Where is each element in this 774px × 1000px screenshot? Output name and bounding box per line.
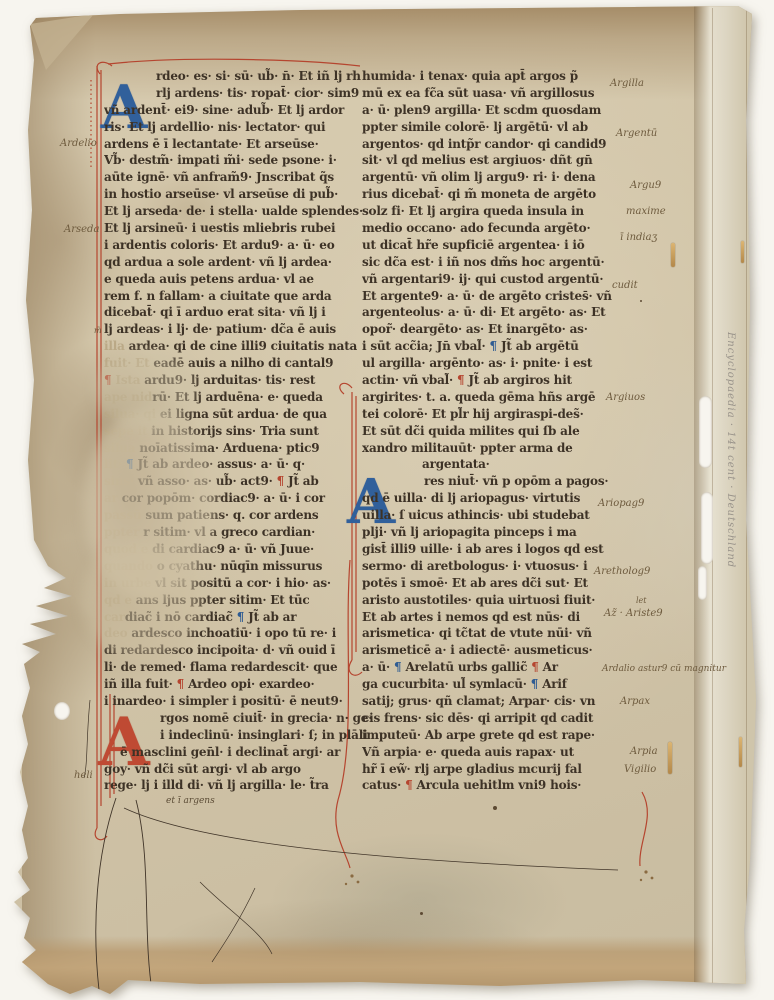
text-line: ē masclini gen̄l· i declinat̄ argi· ar (104, 744, 376, 761)
text-line: ul argilla· argēnto· as· i· pnite· i est (362, 355, 644, 372)
sewing-slit (668, 742, 672, 774)
text-line: Vb̃· destm̃· impati m̃i· sede psone· i· (104, 152, 376, 169)
text-segment: passū (104, 508, 145, 522)
text-segment: gist̄ illi9 uille· i ab ares i logos qd … (362, 542, 603, 556)
text-segment: Jt̃ ab ar (248, 610, 296, 624)
ink-speck (640, 300, 642, 302)
text-segment: argentata· (422, 457, 490, 471)
text-line: argentū· vñ olim lj argu9· ri· i· dena (362, 169, 644, 186)
text-segment: ardens ē ī lectantate· Et arseūse· (104, 137, 319, 151)
text-segment: Vñ arpia· e· queda auis rapax· ut (362, 745, 574, 759)
text-segment: satij; grus· qñ clamat; Arpar· cis· vn (362, 694, 595, 708)
text-line: rlj ardens· tis· ropat̄· cior· sim9 (104, 85, 376, 102)
text-segment: argirites· t. a. queda gēma hñs argē (362, 390, 595, 404)
text-segment: ar (104, 491, 122, 505)
text-segment: Et lj arseda· de· i stella· ualde splend… (104, 204, 363, 218)
text-segment: Et argente9· a· ū· de argēto cristes̄· v… (362, 289, 612, 303)
text-segment: tei colorē· Et pl̃r hij argiraspi-des̃· (362, 407, 584, 421)
text-segment: e queda auis petens ardua· vl ae (104, 272, 314, 286)
text-segment: arismetica· qi tc̃tat de vtute nūi· vñ (362, 626, 592, 640)
text-line: i sūt acc̃ia; Jn̄ vbal̃· ¶ Jt̃ ab argētū (362, 338, 644, 355)
text-segment: silua (104, 441, 139, 455)
text-segment: catus· (362, 778, 405, 792)
text-segment: a· ū· plen9 argilla· Et scdm quosdam (362, 103, 601, 117)
text-segment: ardea· qi de cine illi9 ciuitatis nata (129, 339, 357, 353)
text-segment: in urbe (104, 576, 155, 590)
text-segment: medio occano· ado fecunda argēto· (362, 221, 590, 235)
text-segment: Jt̃ ab argiros hit (468, 373, 571, 387)
text-segment: Ar (543, 660, 558, 674)
text-column-left: rdeo· es· si· sū· ub̃· n̄· Et iñ lj rhrl… (104, 68, 376, 794)
text-line: xandro militauūt· ppter arma de (362, 440, 644, 457)
text-segment: silua· qi (104, 407, 160, 421)
text-line: ape nidrū· Et lj arduēna· e· queda (104, 389, 376, 406)
text-line: uilla· ſ uicus athincis· ubi studebat (362, 507, 644, 524)
text-segment: sins· (104, 474, 138, 488)
text-segment: Et sūt dc̃i quida milites qui ſb ale (362, 424, 580, 438)
sewing-slit (739, 737, 742, 767)
text-line: in hostio arseūse· vl arseūse di pub̃· (104, 186, 376, 203)
text-segment: fuit· Et (104, 356, 153, 370)
text-line: actin· vñ vbal̃· ¶ Jt̃ ab argiros hit (362, 372, 644, 389)
text-segment: qd e (104, 593, 136, 607)
text-segment: deo (104, 626, 131, 640)
text-segment: ¶ (457, 373, 468, 387)
ink-speck (493, 806, 497, 810)
text-segment: Jt̃ ab argētū (501, 339, 579, 353)
text-line: illa ardea· qi de cine illi9 ciuitatis n… (104, 338, 376, 355)
text-segment: i inardeo· i simpler i positū· ē neut9· (104, 694, 343, 708)
text-segment: ¶ (490, 339, 501, 353)
text-line: potēs ī smoē· Et ab ares dc̃i sut· Et (362, 575, 644, 592)
text-line: argentos· qd intp̃r candor· qi candid9 (362, 136, 644, 153)
text-line: silua· qi ei ligna sūt ardua· de qua (104, 406, 376, 423)
text-segment: o cyathu· nūqīn missurus (157, 559, 322, 573)
text-segment: actin· vñ vbal̃· (362, 373, 457, 387)
text-line: di redardesco incipoita· d· vñ ouid ī (104, 642, 376, 659)
text-line: li· de remed· flama redardescit· que (104, 659, 376, 676)
text-segment: uilla· ſ uicus athincis· ubi studebat (362, 508, 590, 522)
text-segment: i sūt acc̃ia; Jn̄ vbal̃· (362, 339, 490, 353)
parchment-hole (699, 396, 712, 468)
text-line: argenteolus· a· ū· di· Et argēto· as· Et (362, 304, 644, 321)
text-line: deo ardesco inchoatiū· i opo tū re· i (104, 625, 376, 642)
text-line: vñ ardent̄· ei9· sine· adub̃· Et lj ardo… (104, 102, 376, 119)
margin-note-right: Arpia (630, 746, 658, 757)
text-column-right: humida· i tenax· quia apt̄ argos p̃mū ex… (362, 68, 644, 794)
text-line: Et lj arseda· de· i stella· ualde splend… (104, 203, 376, 220)
text-segment: argentos· qd intp̃r candor· qi candid9 (362, 137, 606, 151)
text-line: ris· Et lj ardellio· nis· lectator· qui (104, 119, 376, 136)
text-segment: ¶ (531, 660, 542, 674)
text-segment: ul argilla· argēnto· as· i· pnite· i est (362, 356, 592, 370)
text-segment: ut dicat̄ hr̃e supficiē argentea· i iō (362, 238, 585, 252)
text-line: dicebat̄· qi ī arduo erat sita· vñ lj i (104, 304, 376, 321)
parchment-shadow-wrap: A A A rdeo· es· si· sū· ub̃· n̄· Et iñ l… (0, 0, 774, 1000)
text-line: satij; grus· qñ clamat; Arpar· cis· vn (362, 693, 644, 710)
text-line: fuit· Et eadē auis a nilho di cantal9 (104, 355, 376, 372)
parchment-hole (54, 702, 70, 720)
margin-note-left: m̃ (94, 326, 102, 335)
text-line: solz fi· Et lj argira queda insula in (362, 203, 644, 220)
text-segment: quod e (104, 542, 152, 556)
text-segment: rgos nomē ciuit̄· in grecia· n· ge· (160, 711, 372, 725)
text-segment: ga cucurbita· ul̃ symlacū· (362, 677, 531, 691)
text-segment: eadē auis a nilho di cantal9 (153, 356, 333, 370)
text-segment: ppter simile colorē· lj argētū· vl ab (362, 120, 588, 134)
text-segment: dicebat̄· qi ī arduo erat sita· vñ lj i (104, 305, 326, 319)
text-line: catus· ¶ Arcula uehitlm vni9 hois· (362, 777, 644, 794)
text-line: lit· ¶ Jt̃ ab ardeo· assus· a· ū· q· (104, 456, 376, 473)
text-line: hr̃ ī ew̃· rlj arpe gladius mcurij fal (362, 761, 644, 778)
text-segment: ¶ (177, 677, 188, 691)
text-segment: ardu9· lj arduitas· tis· rest (144, 373, 315, 387)
text-line: ut dicat̄ hr̃e supficiē argentea· i iō (362, 237, 644, 254)
text-line: imputeū· Ab arpe grete qd est rape· (362, 727, 644, 744)
margin-note-left: Ardelio (60, 138, 97, 149)
text-segment: vl sit positū a cor· i hio· as· (155, 576, 331, 590)
text-segment: aristo austotiles· quia uirtuosi fiuit· (362, 593, 595, 607)
text-segment: ¶ (277, 474, 288, 488)
text-line: aristo austotiles· quia uirtuosi fiuit· (362, 592, 644, 609)
text-line: argentata· (362, 456, 644, 473)
margin-note-right: Argilla (610, 78, 644, 89)
text-segment: lj ardeas· i lj· de· patium· dc̃a ē auis (104, 322, 336, 336)
text-line: argirites· t. a. queda gēma hñs argē (362, 389, 644, 406)
text-segment: r sitim· vl a greco cardian· (143, 525, 315, 539)
text-segment: ¶ (237, 610, 248, 624)
sewing-slit (741, 241, 744, 263)
text-line: rege· lj i illd di· vñ lj argilla· le· t… (104, 777, 376, 794)
text-segment: sum patiens· q. cor ardens (145, 508, 318, 522)
text-line: rgos nomē ciuit̄· in grecia· n· ge· (104, 710, 376, 727)
text-segment: arismeticē a· i adiectē· ausmeticus· (362, 643, 593, 657)
text-segment: sepe it (104, 424, 151, 438)
margin-note-right: Ariopag9 (598, 498, 644, 509)
text-line: rius dicebat̄· qi m̃ moneta de argēto (362, 186, 644, 203)
sewing-slit (671, 243, 675, 267)
text-segment: rege· lj i illd di· vñ lj argilla· le· t… (104, 778, 329, 792)
text-segment: li· de remed· flama redardescit· que (104, 660, 337, 674)
text-segment: in hostio arseūse· vl arseūse di pub̃· (104, 187, 338, 201)
text-segment: rlj ardens· tis· ropat̄· cior· sim9 (156, 86, 359, 100)
text-segment: ¶ (405, 778, 416, 792)
text-line: ar cor popōm· cordiac9· a· ū· i cor (104, 490, 376, 507)
darkened-bottom-edge (18, 936, 760, 994)
text-line: ppter simile colorē· lj argētū· vl ab (362, 119, 644, 136)
text-line: lj ardeas· i lj· de· patium· dc̃a ē auis (104, 321, 376, 338)
text-line: i inardeo· i simpler i positū· ē neut9· (104, 693, 376, 710)
text-line: qd e ans ljus ppter sitim· Et tūc (104, 592, 376, 609)
text-line: res niut̄· vñ p opōm a pagos· (362, 473, 644, 490)
text-segment: a· ū· (362, 660, 394, 674)
text-segment: qd ē uilla· di lj ariopagus· virtutis (362, 491, 580, 505)
text-segment: xandro militauūt· ppter arma de (362, 441, 573, 455)
text-segment: cor popōm· cordiac9· a· ū· i cor (122, 491, 325, 505)
interlinear-note: et ī argens (166, 796, 215, 806)
text-line: plji· vñ lj ariopagita pinceps i ma (362, 524, 644, 541)
photograph-of-manuscript-leaf: A A A rdeo· es· si· sū· ub̃· n̄· Et iñ l… (0, 0, 774, 1000)
text-segment: Arcula uehitlm vni9 hois· (416, 778, 581, 792)
text-segment: ¶ (394, 660, 405, 674)
text-segment: ardesco inchoatiū· i opo tū re· i (131, 626, 336, 640)
margin-note-left: heli (74, 770, 93, 781)
text-segment: plji· vñ lj ariopagita pinceps i ma (362, 525, 577, 539)
text-segment: sic dc̃a est· i iñ nos dm̃s hoc argentū· (362, 255, 605, 269)
text-segment: qd ardua a sole ardent· vñ lj ardea· (104, 255, 332, 269)
text-segment: Et lj arsineū· i uestis mliebris rubei (104, 221, 335, 235)
text-segment: quando (104, 559, 157, 573)
pencil-inscription-vertical: Encyclopaedia · 14t cent · Deutschland (725, 332, 736, 662)
parchment-hole (701, 492, 713, 564)
text-segment: Arif (542, 677, 567, 691)
text-segment: rū· Et lj arduēna· e· queda (152, 390, 323, 404)
darkened-left-edge (22, 8, 96, 990)
margin-note-right: Argiuos (606, 392, 645, 403)
text-segment: Jt̃ ab (288, 474, 319, 488)
text-line: mū ex ea fc̃a sūt uasa· vñ argillosus (362, 85, 644, 102)
text-segment: di redardesco incipoita· d· vñ ouid ī (104, 643, 335, 657)
margin-note-right: Arpax (620, 696, 650, 707)
text-segment: Ista (115, 373, 144, 387)
text-line: in urbe vl sit positū a cor· i hio· as· (104, 575, 376, 592)
margin-note-right: Argu9 (630, 180, 661, 191)
text-segment: aūte ignē· vñ anfram̃9· Jnscribat q̃s (104, 170, 334, 184)
text-line: gist̄ illi9 uille· i ab ares i logos qd … (362, 541, 644, 558)
text-segment: opor̃· deargēto· as· Et inargēto· as· (362, 322, 588, 336)
text-segment: Et ab artes i nemos qd est nūs· di (362, 610, 580, 624)
text-segment: illa (104, 339, 129, 353)
text-line: sepe it in historijs sins· Tria sunt (104, 423, 376, 440)
margin-note-right: let (636, 596, 647, 605)
text-line: medio occano· ado fecunda argēto· (362, 220, 644, 237)
ink-speck (420, 912, 423, 915)
text-segment: vñ asso· as· ub̃· act9· (138, 474, 277, 488)
text-line: rem f. n fallam· a ciuitate que arda (104, 288, 376, 305)
text-line: iñ illa fuit· ¶ Ardeo opi· exardeo· (104, 676, 376, 693)
margin-note-right: Az̃ · Ariste9 (604, 608, 663, 619)
text-line: i ardentis coloris· Et ardu9· a· ū· eo (104, 237, 376, 254)
text-segment: lit· (104, 457, 126, 471)
text-segment: cis frens· sic dēs· qi arripit qd cadit (362, 711, 593, 725)
text-segment: Ardeo opi· exardeo· (188, 677, 314, 691)
parchment-hole (698, 566, 707, 600)
text-segment: ¶ (126, 457, 137, 471)
text-line: qd ardua a sole ardent· vñ lj ardea· (104, 254, 376, 271)
text-segment: potēs ī smoē· Et ab ares dc̃i sut· Et (362, 576, 588, 590)
text-segment: in historijs sins· Tria sunt (151, 424, 318, 438)
text-segment: sit· vl qd melius est argiuos· dñt gn̄ (362, 153, 593, 167)
text-line: cis frens· sic dēs· qi arripit qd cadit (362, 710, 644, 727)
text-line: quod e di cardiac9 a· ū· vñ Juue· (104, 541, 376, 558)
margin-note-right: maxime (626, 206, 666, 217)
text-segment: ¶ (104, 373, 115, 387)
text-line: ppter r sitim· vl a greco cardian· (104, 524, 376, 541)
text-segment: car (104, 610, 125, 624)
text-segment: sermo· di aretbologus· i· vtuosus· i (362, 559, 587, 573)
text-line: ¶ Ista ardu9· lj arduitas· tis· rest (104, 372, 376, 389)
text-segment: iñ illa fuit· (104, 677, 177, 691)
text-line: Vñ arpia· e· queda auis rapax· ut (362, 744, 644, 761)
margin-note-right: Aretholog9 (594, 566, 650, 577)
text-segment: ris· Et lj ardellio· nis· lectator· qui (104, 120, 325, 134)
text-segment: i indeclinū· insinglari· ſ; in plāli (160, 728, 367, 742)
margin-note-right: cudit (612, 280, 638, 291)
text-line: opor̃· deargēto· as· Et inargēto· as· (362, 321, 644, 338)
text-line: arismetica· qi tc̃tat de vtute nūi· vñ (362, 625, 644, 642)
text-line: e queda auis petens ardua· vl ae (104, 271, 376, 288)
text-segment: rdeo· es· si· sū· ub̃· n̄· Et iñ lj rh (156, 69, 361, 83)
text-line: cardiac̃ i nō cardiac̃ ¶ Jt̃ ab ar (104, 609, 376, 626)
text-line: tei colorē· Et pl̃r hij argiraspi-des̃· (362, 406, 644, 423)
text-line: humida· i tenax· quia apt̄ argos p̃ (362, 68, 644, 85)
text-line: sic dc̃a est· i iñ nos dm̃s hoc argentū· (362, 254, 644, 271)
text-segment: ape nid (104, 390, 152, 404)
text-line: arismeticē a· i adiectē· ausmeticus· (362, 642, 644, 659)
text-line: Et sūt dc̃i quida milites qui ſb ale (362, 423, 644, 440)
text-segment: argentū· vñ olim lj argu9· ri· i· dena (362, 170, 595, 184)
text-segment: goy· vñ dc̃i sūt argi· vl ab argo (104, 762, 301, 776)
text-line: vñ argentari9· ij· qui custod argentū· (362, 271, 644, 288)
text-line: sins· vñ asso· as· ub̃· act9· ¶ Jt̃ ab (104, 473, 376, 490)
text-line: Et ab artes i nemos qd est nūs· di (362, 609, 644, 626)
text-segment: diac̃ i nō cardiac̃ (125, 610, 237, 624)
text-segment: mū ex ea fc̃a sūt uasa· vñ argillosus (362, 86, 594, 100)
text-line: quando o cyathu· nūqīn missurus (104, 558, 376, 575)
text-segment: hr̃ ī ew̃· rlj arpe gladius mcurij fal (362, 762, 582, 776)
text-line: goy· vñ dc̃i sūt argi· vl ab argo (104, 761, 376, 778)
margin-note-right: Argentū (616, 128, 657, 139)
text-segment: rem f. n fallam· a ciuitate que arda (104, 289, 331, 303)
text-segment: i ardentis coloris· Et ardu9· a· ū· eo (104, 238, 335, 252)
text-line: a· ū· plen9 argilla· Et scdm quosdam (362, 102, 644, 119)
crease-line (746, 8, 747, 984)
text-segment: ppter (104, 525, 143, 539)
text-segment: Jt̃ ab ardeo· assus· a· ū· q· (137, 457, 305, 471)
text-segment: di cardiac9 a· ū· vñ Juue· (152, 542, 314, 556)
text-line: passū sum patiens· q. cor ardens (104, 507, 376, 524)
text-segment: argenteolus· a· ū· di· Et argēto· as· Et (362, 305, 605, 319)
text-line: Et lj arsineū· i uestis mliebris rubei (104, 220, 376, 237)
text-line: aūte ignē· vñ anfram̃9· Jnscribat q̃s (104, 169, 376, 186)
text-segment: ans ljus ppter sitim· Et tūc (136, 593, 310, 607)
text-segment: imputeū· Ab arpe grete qd est rape· (362, 728, 595, 742)
margin-note-right: Vigilio (624, 764, 656, 775)
text-line: ardens ē ī lectantate· Et arseūse· (104, 136, 376, 153)
text-segment: Arelatū urbs gallic̃ (405, 660, 531, 674)
margin-note-right: ī indiaʒ (620, 232, 657, 243)
text-line: sit· vl qd melius est argiuos· dñt gn̄ (362, 152, 644, 169)
margin-note-right: Ardalio astur9 cū magnitur (602, 664, 726, 674)
text-segment: ē masclini gen̄l· i declinat̄ argi· ar (120, 745, 340, 759)
text-segment: ¶ (531, 677, 542, 691)
text-segment: vñ argentari9· ij· qui custod argentū· (362, 272, 603, 286)
text-segment: Vb̃· destm̃· impati m̃i· sede psone· i· (104, 153, 337, 167)
text-line: Et argente9· a· ū· de argēto cristes̄· v… (362, 288, 644, 305)
text-line: ga cucurbita· ul̃ symlacū· ¶ Arif (362, 676, 644, 693)
text-segment: res niut̄· vñ p opōm a pagos· (424, 474, 608, 488)
margin-note-left: Arseda (64, 224, 99, 235)
text-line: rdeo· es· si· sū· ub̃· n̄· Et iñ lj rh (104, 68, 376, 85)
text-segment: noīatissima· Arduena· ptic9 (139, 441, 319, 455)
text-segment: vñ ardent̄· ei9· sine· adub̃· Et lj ardo… (104, 103, 344, 117)
text-segment: humida· i tenax· quia apt̄ argos p̃ (362, 69, 578, 83)
text-line: i indeclinū· insinglari· ſ; in plāli (104, 727, 376, 744)
text-segment: rius dicebat̄· qi m̃ moneta de argēto (362, 187, 596, 201)
text-segment: solz fi· Et lj argira queda insula in (362, 204, 584, 218)
text-segment: ei ligna sūt ardua· de qua (160, 407, 327, 421)
parchment-leaf: A A A rdeo· es· si· sū· ub̃· n̄· Et iñ l… (0, 0, 774, 1000)
text-line: silua noīatissima· Arduena· ptic9 (104, 440, 376, 457)
